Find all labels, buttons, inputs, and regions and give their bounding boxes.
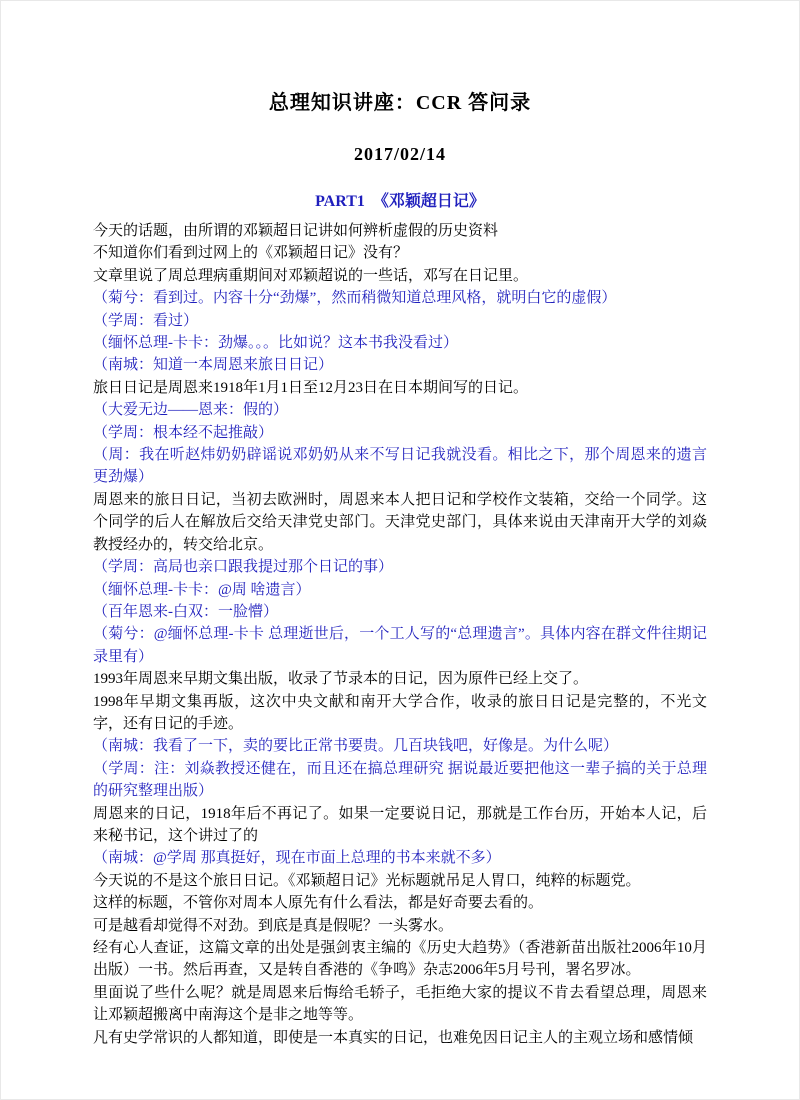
chat-line: （学周：根本经不起推敲） <box>93 422 707 444</box>
chat-line: （周：我在听赵炜奶奶辟谣说邓奶奶从来不写日记我就没看。相比之下，那个周恩来的遗言… <box>93 444 707 489</box>
narration-line: 1993年周恩来早期文集出版，收录了节录本的日记，因为原件已经上交了。 <box>93 668 707 690</box>
narration-line: 可是越看却觉得不对劲。到底是真是假呢？一头雾水。 <box>93 915 707 937</box>
document-date: 2017/02/14 <box>1 143 799 165</box>
narration-line: 1998年早期文集再版，这次中央文献和南开大学合作，收录的旅日日记是完整的，不光… <box>93 691 707 736</box>
chat-line: （南城：@学周 那真挺好，现在市面上总理的书本来就不多） <box>93 847 707 869</box>
document-page: 总理知识讲座：CCR 答问录 2017/02/14 PART1 《邓颖超日记》 … <box>0 0 800 1100</box>
section-header-part1: PART1 《邓颖超日记》 <box>1 192 799 212</box>
narration-line: 周恩来的日记，1918年后不再记了。如果一定要说日记，那就是工作台历，开始本人记… <box>93 803 707 848</box>
chat-line: （大爱无边——恩来：假的） <box>93 399 707 421</box>
chat-line: （菊兮：看到过。内容十分“劲爆”，然而稍微知道总理风格，就明白它的虚假） <box>93 287 707 309</box>
chat-line: （菊兮：@缅怀总理-卡卡 总理逝世后，一个工人写的“总理遗言”。具体内容在群文件… <box>93 623 707 668</box>
narration-line: 经有心人查证，这篇文章的出处是强剑衷主编的《历史大趋势》（香港新苗出版社2006… <box>93 937 707 982</box>
narration-line: 里面说了些什么呢？就是周恩来后悔给毛轿子，毛拒绝大家的提议不肯去看望总理，周恩来… <box>93 982 707 1027</box>
chat-line: （百年恩来-白双：一脸懵） <box>93 601 707 623</box>
document-title: 总理知识讲座：CCR 答问录 <box>1 1 799 115</box>
narration-line: 旅日日记是周恩来1918年1月1日至12月23日在日本期间写的日记。 <box>93 377 707 399</box>
chat-line: （南城：知道一本周恩来旅日日记） <box>93 354 707 376</box>
chat-line: （学周：看过） <box>93 310 707 332</box>
narration-line: 周恩来的旅日日记，当初去欧洲时，周恩来本人把日记和学校作文装箱，交给一个同学。这… <box>93 489 707 556</box>
chat-line: （缅怀总理-卡卡：劲爆。。。比如说？这本书我没看过） <box>93 332 707 354</box>
narration-line: 今天的话题，由所谓的邓颖超日记讲如何辨析虚假的历史资料 <box>93 220 707 242</box>
chat-line: （学周：高局也亲口跟我提过那个日记的事） <box>93 556 707 578</box>
narration-line: 凡有史学常识的人都知道，即使是一本真实的日记，也难免因日记主人的主观立场和感情倾 <box>93 1027 707 1049</box>
narration-line: 不知道你们看到过网上的《邓颖超日记》没有？ <box>93 242 707 264</box>
document-body: 今天的话题，由所谓的邓颖超日记讲如何辨析虚假的历史资料不知道你们看到过网上的《邓… <box>93 220 707 1049</box>
chat-line: （学周：注：刘焱教授还健在，而且还在搞总理研究 据说最近要把他这一辈子搞的关于总… <box>93 758 707 803</box>
chat-line: （缅怀总理-卡卡：@周 啥遗言） <box>93 579 707 601</box>
narration-line: 今天说的不是这个旅日日记。《邓颖超日记》光标题就吊足人胃口，纯粹的标题党。 <box>93 870 707 892</box>
narration-line: 文章里说了周总理病重期间对邓颖超说的一些话，邓写在日记里。 <box>93 265 707 287</box>
chat-line: （南城：我看了一下，卖的要比正常书要贵。几百块钱吧，好像是。为什么呢） <box>93 735 707 757</box>
narration-line: 这样的标题，不管你对周本人原先有什么看法，都是好奇要去看的。 <box>93 892 707 914</box>
